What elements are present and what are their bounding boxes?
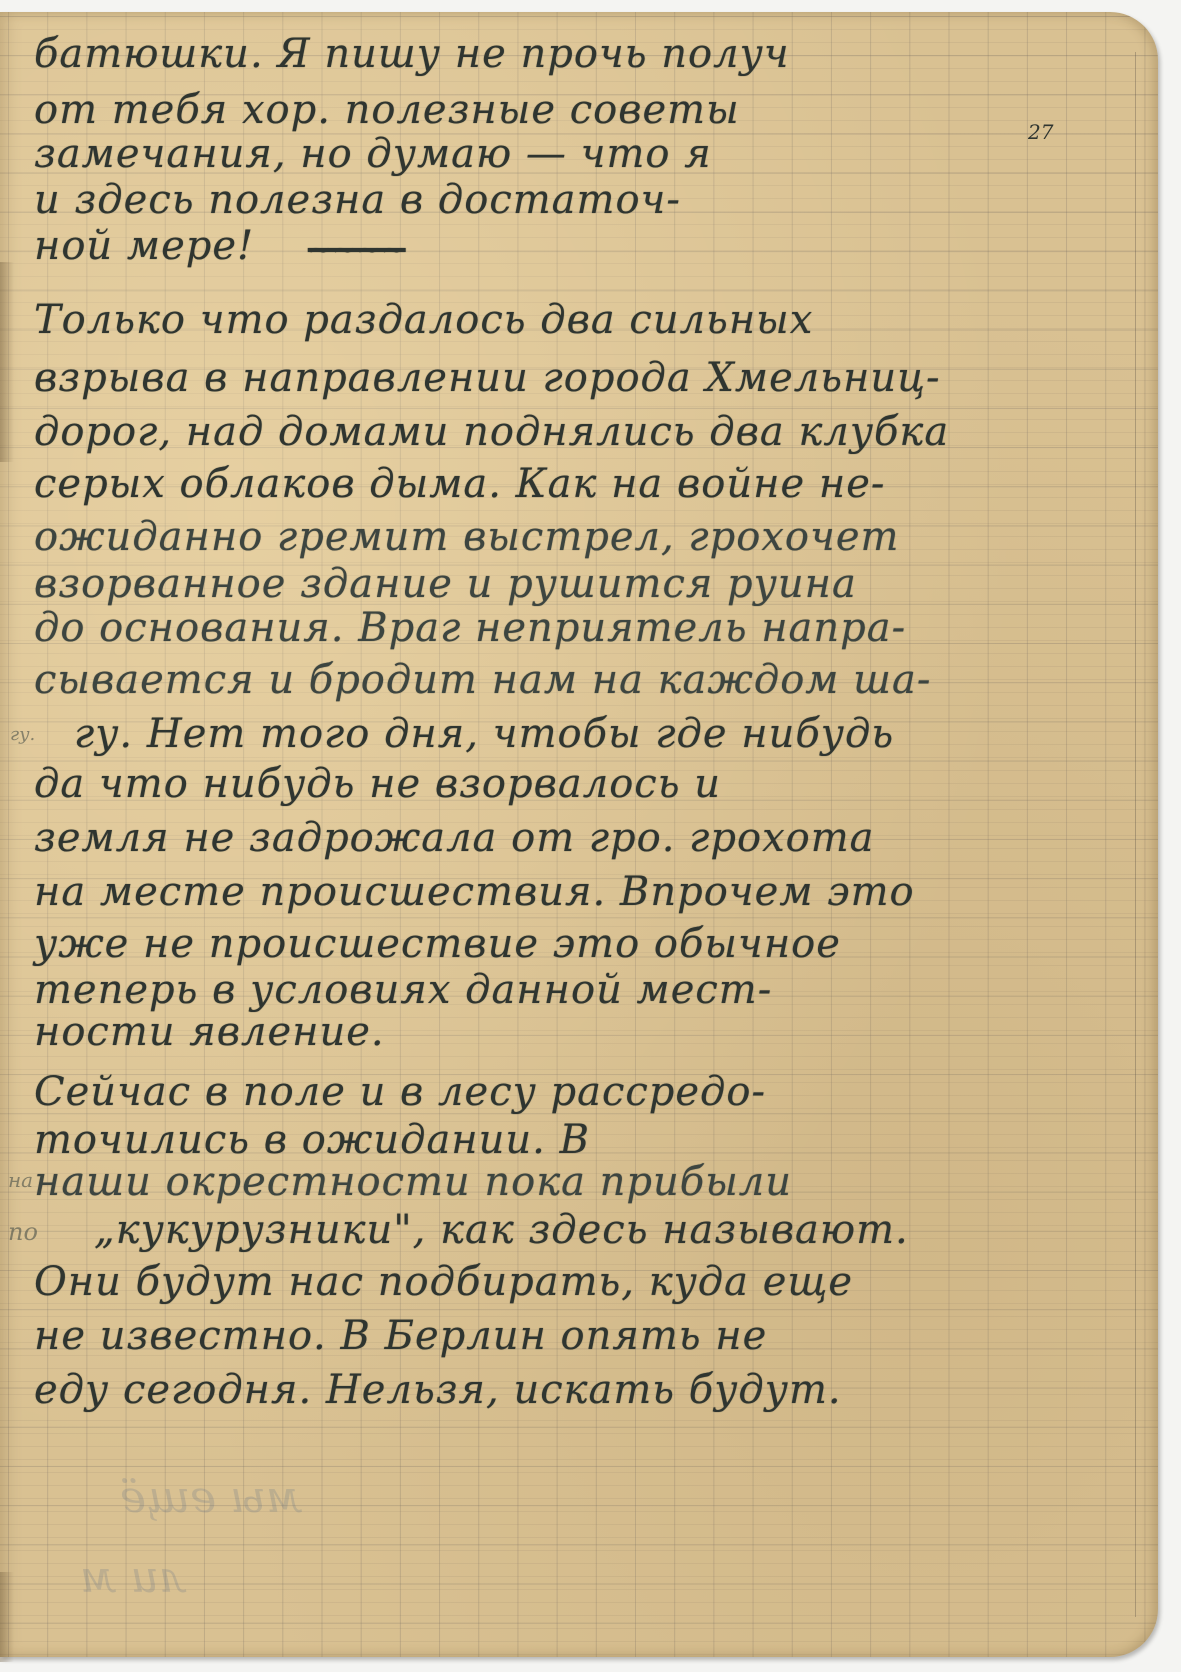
text-line: Сейчас в поле и в лесу рассредо- (34, 1072, 1108, 1112)
text-line: Они будут нас подбирать, куда еще (34, 1262, 1108, 1302)
text-line: земля не задрожала от гро. грохота (34, 818, 1108, 858)
struck-text: ~~~~ (308, 233, 406, 266)
page-crease (0, 262, 14, 462)
text-line: сывается и бродит нам на каждом ша- (34, 660, 1108, 700)
margin-note: по (8, 1218, 38, 1246)
page-crease (0, 1572, 14, 1662)
margin-note: гу. (10, 724, 35, 745)
text-line: замечания, но думаю — что я (34, 134, 1108, 174)
bleed-through-text: мы ещё (120, 1472, 302, 1523)
text-line: наши окрестности пока прибыли (34, 1162, 1108, 1202)
text-line: на месте происшествия. Впрочем это (34, 872, 1108, 912)
text-line: взрыва в направлении города Хмельниц- (34, 358, 1108, 398)
text-line: и здесь полезна в достаточ- (34, 180, 1108, 220)
text-line: Только что раздалось два сильных (34, 300, 1108, 340)
text-line: не известно. В Берлин опять не (34, 1316, 1108, 1356)
text-line: уже не происшествие это обычное (34, 924, 1108, 964)
text-line: ной мере! ~~~~ (34, 226, 1108, 266)
superscript-note: 27 (1028, 120, 1053, 144)
text-line: батюшки. Я пишу не прочь получ (34, 34, 1108, 74)
text-line: гу. Нет того дня, чтобы где нибудь (34, 714, 1108, 754)
text-fragment: ной мере! (34, 223, 254, 269)
text-line: еду сегодня. Нельзя, искать будут. (34, 1370, 1108, 1410)
text-line: ности явление. (34, 1012, 1108, 1052)
bleed-through-text: ли м (80, 1552, 187, 1603)
text-line: да что нибудь не взорвалось и (34, 764, 1108, 804)
text-line: „кукурузники", как здесь называют. (34, 1210, 1108, 1250)
text-line: точились в ожидании. В (34, 1120, 1108, 1160)
margin-note: на (8, 1168, 33, 1192)
text-line: взорванное здание и рушится руина (34, 564, 1108, 604)
text-line: до основания. Враг неприятель напра- (34, 608, 1108, 648)
text-line: серых облаков дыма. Как на войне не- (34, 464, 1108, 504)
text-line: дорог, над домами поднялись два клубка (34, 412, 1108, 452)
text-line: теперь в условиях данной мест- (34, 970, 1108, 1010)
text-line: от тебя хор. полезные советы (34, 90, 1108, 130)
notebook-page: мы ещё ли м батюшки. Я пишу не прочь пол… (0, 12, 1158, 1657)
text-line: ожиданно гремит выстрел, грохочет (34, 517, 1108, 557)
